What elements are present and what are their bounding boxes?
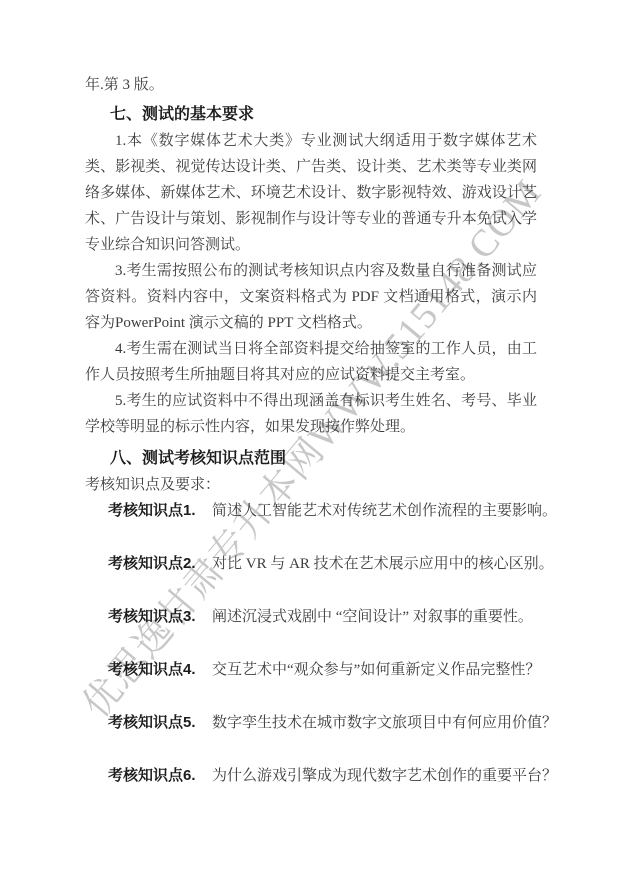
paragraph-requirement-5: 5.考生的应试资料中不得出现涵盖有标识考生姓名、考号、毕业学校等明显的标示性内容… <box>85 388 537 440</box>
knowledge-point-list: 考核知识点1. 简述人工智能艺术对传统艺术创作流程的主要影响。 考核知识点2. … <box>85 498 537 789</box>
knowledge-point-row: 考核知识点2. 对比 VR 与 AR 技术在艺术展示应用中的核心区别。 <box>108 551 537 577</box>
knowledge-point-row: 考核知识点1. 简述人工智能艺术对传统艺术创作流程的主要影响。 <box>108 498 537 524</box>
document-page: { "page": { "background": "#ffffff", "bo… <box>0 0 620 876</box>
knowledge-point-text: 为什么游戏引擎成为现代数字艺术创作的重要平台？ <box>212 763 557 789</box>
knowledge-point-label: 考核知识点4. <box>108 657 212 683</box>
knowledge-point-text: 对比 VR 与 AR 技术在艺术展示应用中的核心区别。 <box>212 551 554 577</box>
knowledge-point-row: 考核知识点5. 数字孪生技术在城市数字文旅项目中有何应用价值？ <box>108 710 537 736</box>
paragraph-requirement-3: 3.考生需按照公布的测试考核知识点内容及数量自行准备测试应答资料。资料内容中，文… <box>85 258 537 336</box>
knowledge-points-subheading: 考核知识点及要求： <box>85 472 537 498</box>
knowledge-point-text: 数字孪生技术在城市数字文旅项目中有何应用价值？ <box>212 710 557 736</box>
knowledge-point-label: 考核知识点1. <box>108 498 212 524</box>
knowledge-point-text: 简述人工智能艺术对传统艺术创作流程的主要影响。 <box>212 498 557 524</box>
knowledge-point-row: 考核知识点6. 为什么游戏引擎成为现代数字艺术创作的重要平台？ <box>108 763 537 789</box>
knowledge-point-label: 考核知识点5. <box>108 710 212 736</box>
knowledge-point-text: 阐述沉浸式戏剧中 “空间设计” 对叙事的重要性。 <box>212 604 533 630</box>
section-7-heading: 七、测试的基本要求 <box>110 102 537 128</box>
knowledge-point-label: 考核知识点2. <box>108 551 212 577</box>
knowledge-point-label: 考核知识点6. <box>108 763 212 789</box>
knowledge-point-label: 考核知识点3. <box>108 604 212 630</box>
section-8-heading: 八、测试考核知识点范围 <box>110 446 537 472</box>
intro-line: 年.第 3 版。 <box>85 72 537 98</box>
paragraph-requirement-1: 1.本《数字媒体艺术大类》专业测试大纲适用于数字媒体艺术类、影视类、视觉传达设计… <box>85 128 537 258</box>
knowledge-point-row: 考核知识点3. 阐述沉浸式戏剧中 “空间设计” 对叙事的重要性。 <box>108 604 537 630</box>
knowledge-point-text: 交互艺术中“观众参与”如何重新定义作品完整性？ <box>212 657 540 683</box>
document-body: 年.第 3 版。 七、测试的基本要求 1.本《数字媒体艺术大类》专业测试大纲适用… <box>0 0 620 789</box>
paragraph-requirement-4: 4.考生需在测试当日将全部资料提交给抽签室的工作人员，由工作人员按照考生所抽题目… <box>85 336 537 388</box>
knowledge-point-row: 考核知识点4. 交互艺术中“观众参与”如何重新定义作品完整性？ <box>108 657 537 683</box>
